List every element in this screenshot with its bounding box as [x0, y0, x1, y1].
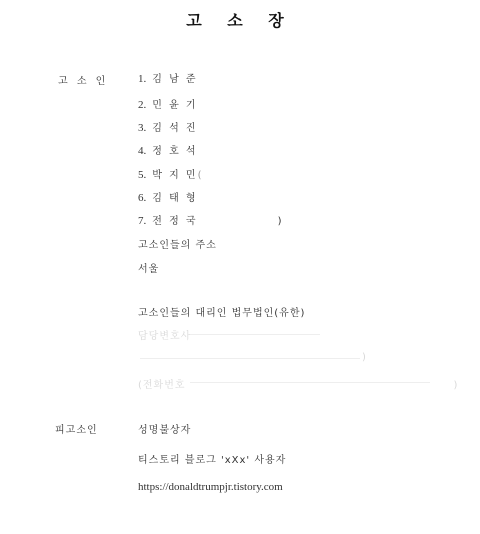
complainant-item-3: 3.김 석 진 [138, 119, 198, 134]
defendant-label: 피고소인 [55, 421, 98, 436]
complainant-item-1: 1.김 남 준 [138, 70, 198, 85]
complainant-name: 김 태 형 [152, 193, 197, 204]
item-number: 1. [138, 73, 146, 85]
address-heading: 고소인들의 주소 [138, 236, 217, 251]
item-number: 2. [138, 99, 146, 111]
complainant-item-4: 4.정 호 석 [138, 142, 198, 157]
redacted-suffix: ( [198, 170, 204, 181]
complainant-name: 박 지 민 [152, 170, 197, 181]
defendant-name: 성명불상자 [138, 421, 191, 436]
defendant-description: 티스토리 블로그 'xXx' 사용자 [138, 451, 286, 466]
item-number: 6. [138, 192, 146, 204]
redaction-line [140, 358, 360, 359]
phone-label: (전화번호 [138, 380, 186, 391]
complainant-name: 전 정 국 [152, 216, 197, 227]
item-number: 7. [138, 215, 146, 227]
complainant-name: 김 남 준 [152, 74, 197, 85]
phone-end: ) [454, 380, 459, 391]
redacted-suffix: ) [278, 216, 284, 227]
item-number: 3. [138, 122, 146, 134]
complainant-item-6: 6.김 태 형 [138, 189, 198, 204]
complainant-label: 고 소 인 [58, 72, 108, 87]
complainant-name: 민 윤 기 [152, 100, 197, 111]
agent-faded-line-1: 담당변호사 [138, 327, 191, 342]
document-title: 고 소 장 [0, 8, 480, 31]
agent-faded-line-2: ) [362, 352, 368, 363]
item-number: 4. [138, 145, 146, 157]
agent-faded-line-3: (전화번호) [138, 376, 458, 391]
item-number: 5. [138, 169, 146, 181]
address-value: 서울 [138, 260, 159, 275]
complainant-name: 김 석 진 [152, 123, 197, 134]
agent-line: 고소인들의 대리인 법무법인(유한) [138, 304, 305, 319]
complainant-item-5: 5.박 지 민( [138, 166, 204, 181]
redaction-line [190, 334, 320, 335]
complainant-item-7: 7.전 정 국) [138, 212, 284, 227]
defendant-url: https://donaldtrumpjr.tistory.com [138, 481, 283, 493]
redaction-line [190, 382, 430, 383]
complainant-item-2: 2.민 윤 기 [138, 96, 198, 111]
complainant-name: 정 호 석 [152, 146, 197, 157]
